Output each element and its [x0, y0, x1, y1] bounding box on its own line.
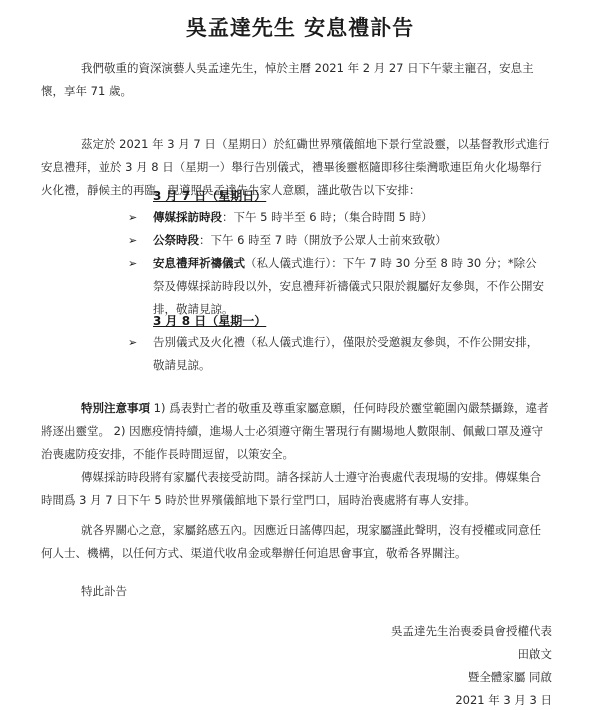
schedule-item-label: 安息禮拜祈禱儀式: [153, 256, 245, 270]
arrow-bullet-icon: ➢: [128, 229, 153, 252]
signature-date: 2021 年 3 月 3 日: [391, 689, 552, 710]
arrow-bullet-icon: ➢: [128, 331, 153, 377]
special-notice-label: 特別注意事項: [81, 401, 150, 415]
schedule-item-label: 傳媒採訪時段: [153, 210, 222, 224]
signature-family: 暨全體家屬 同啟: [391, 666, 552, 689]
arrow-bullet-icon: ➢: [128, 206, 153, 229]
schedule-item-text: 傳媒採訪時段：下午 5 時半至 6 時；（集合時間 5 時）: [153, 206, 548, 229]
schedule-item: ➢ 公祭時段：下午 6 時至 7 時（開放予公眾人士前來致敬）: [128, 229, 548, 252]
signature-block: 吳孟達先生治喪委員會授權代表 田啟文 暨全體家屬 同啟 2021 年 3 月 3…: [391, 620, 552, 710]
special-notice-paragraph: 特別注意事項 1) 爲表對亡者的敬重及尊重家屬意願，任何時段於靈堂範圍內嚴禁攝錄…: [41, 397, 551, 466]
schedule-item-label: 公祭時段: [153, 233, 199, 247]
schedule-item-detail: 告別儀式及火化禮（私人儀式進行），僅限於受邀親友參與，不作公開安排，敬請見諒。: [153, 331, 548, 377]
page-title: 吳孟達先生 安息禮訃告: [0, 12, 600, 42]
closing-text: 特此訃告: [81, 583, 127, 599]
signature-name: 田啟文: [391, 643, 552, 666]
arrow-bullet-icon: ➢: [128, 252, 153, 321]
schedule-item-text: 安息禮拜祈禱儀式（私人儀式進行）：下午 7 時 30 分至 8 時 30 分；*…: [153, 252, 548, 321]
arrangement-paragraph: 茲定於 2021 年 3 月 7 日（星期日）於紅磡世界殯儀館地下景行堂設靈，以…: [41, 133, 551, 202]
date-heading-mar8: 3 月 8 日（星期一）: [153, 312, 266, 329]
media-paragraph: 傳媒採訪時段將有家屬代表接受訪問。請各採訪人士遵守治喪處代表現場的安排。傳媒集合…: [41, 466, 551, 512]
schedule-item-text: 公祭時段：下午 6 時至 7 時（開放予公眾人士前來致敬）: [153, 229, 548, 252]
schedule-item: ➢ 告別儀式及火化禮（私人儀式進行），僅限於受邀親友參與，不作公開安排，敬請見諒…: [128, 331, 548, 377]
statement-paragraph: 就各界關心之意，家屬銘感五內。因應近日謠傳四起，現家屬謹此聲明，沒有授權或同意任…: [41, 519, 551, 565]
schedule-item: ➢ 安息禮拜祈禱儀式（私人儀式進行）：下午 7 時 30 分至 8 時 30 分…: [128, 252, 548, 321]
schedule-item-detail: ：下午 5 時半至 6 時；（集合時間 5 時）: [222, 210, 433, 224]
schedule-item: ➢ 傳媒採訪時段：下午 5 時半至 6 時；（集合時間 5 時）: [128, 206, 548, 229]
intro-paragraph: 我們敬重的資深演藝人吳孟達先生，悼於主曆 2021 年 2 月 27 日下午蒙主…: [41, 57, 551, 103]
schedule-item-detail: ：下午 6 時至 7 時（開放予公眾人士前來致敬）: [199, 233, 447, 247]
date-heading-mar7: 3 月 7 日（星期日）: [153, 187, 266, 204]
signature-committee: 吳孟達先生治喪委員會授權代表: [391, 620, 552, 643]
